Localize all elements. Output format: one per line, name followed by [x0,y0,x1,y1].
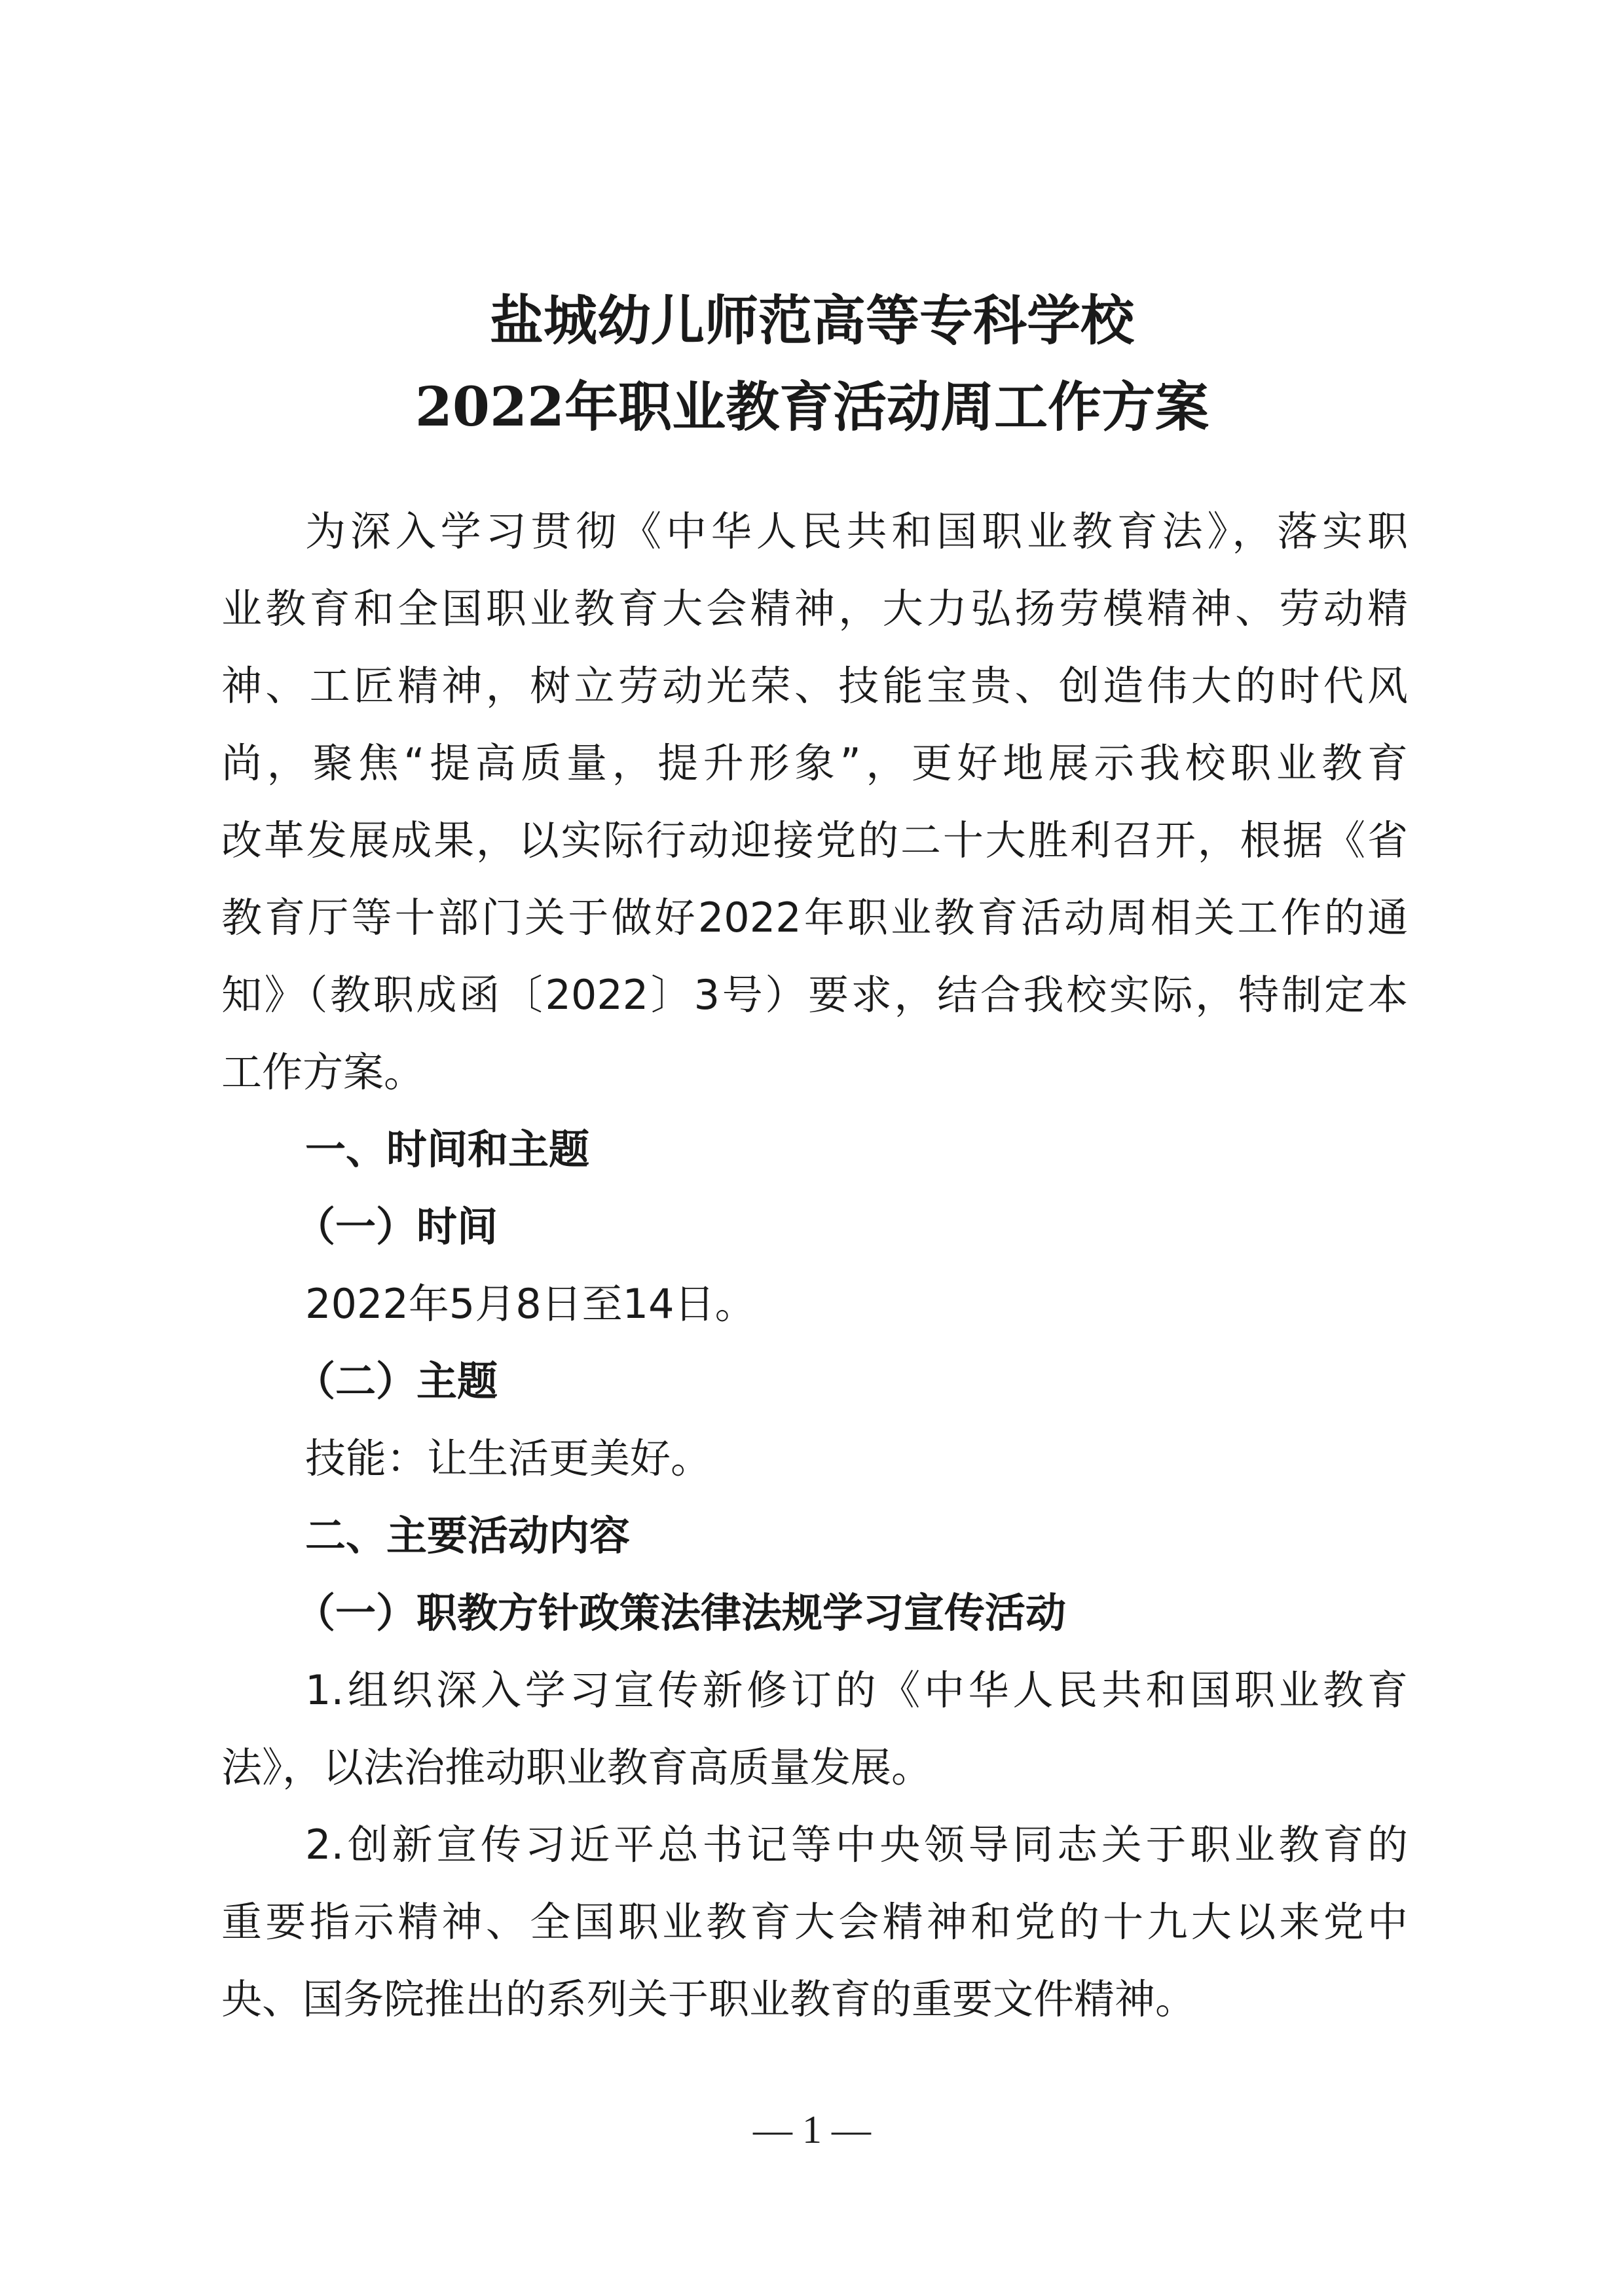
intro-paragraph-line: 知》（教职成函〔2022〕3号）要求，结合我校实际，特制定本 [221,969,1408,1021]
document-title-line-1: 盐城幼儿师范高等专科学校 [0,288,1624,354]
intro-paragraph-line: 工作方案。 [221,1046,1408,1099]
intro-paragraph-line: 神、工匠精神，树立劳动光荣、技能宝贵、创造伟大的时代风 [221,660,1408,712]
item-2-line: 央、国务院推出的系列关于职业教育的重要文件精神。 [221,1973,1408,2026]
item-2-line: 2.创新宣传习近平总书记等中央领导同志关于职业教育的 [305,1819,1408,1871]
section-2-heading: 二、主要活动内容 [305,1510,1408,1562]
section-1-sub-1-text: 2022年5月8日至14日。 [305,1278,1408,1330]
section-2-sub-1-heading: （一）职教方针政策法律法规学习宣传活动 [295,1587,1397,1639]
item-1-line: 1.组织深入学习宣传新修订的《中华人民共和国职业教育 [305,1664,1408,1717]
section-1-sub-2-heading: （二）主题 [295,1355,1397,1408]
page-number: — 1 — [0,2107,1624,2153]
section-1-sub-2-text: 技能：让生活更美好。 [305,1432,1408,1485]
item-2-line: 重要指示精神、全国职业教育大会精神和党的十九大以来党中 [221,1896,1408,1948]
item-1-line: 法》，以法治推动职业教育高质量发展。 [221,1741,1408,1794]
document-title-line-2: 2022年职业教育活动周工作方案 [0,374,1624,440]
intro-paragraph-line: 教育厅等十部门关于做好2022年职业教育活动周相关工作的通 [221,892,1408,944]
document-page: 盐城幼儿师范高等专科学校 2022年职业教育活动周工作方案 为深入学习贯彻《中华… [0,0,1624,2296]
intro-paragraph-line: 尚，聚焦“提高质量，提升形象”，更好地展示我校职业教育 [221,737,1408,790]
intro-paragraph-line: 为深入学习贯彻《中华人民共和国职业教育法》，落实职 [305,505,1408,558]
section-1-sub-1-heading: （一）时间 [295,1201,1397,1253]
intro-paragraph-line: 改革发展成果，以实际行动迎接党的二十大胜利召开，根据《省 [221,814,1408,867]
intro-paragraph-line: 业教育和全国职业教育大会精神，大力弘扬劳模精神、劳动精 [221,583,1408,635]
section-1-heading: 一、时间和主题 [305,1123,1408,1176]
